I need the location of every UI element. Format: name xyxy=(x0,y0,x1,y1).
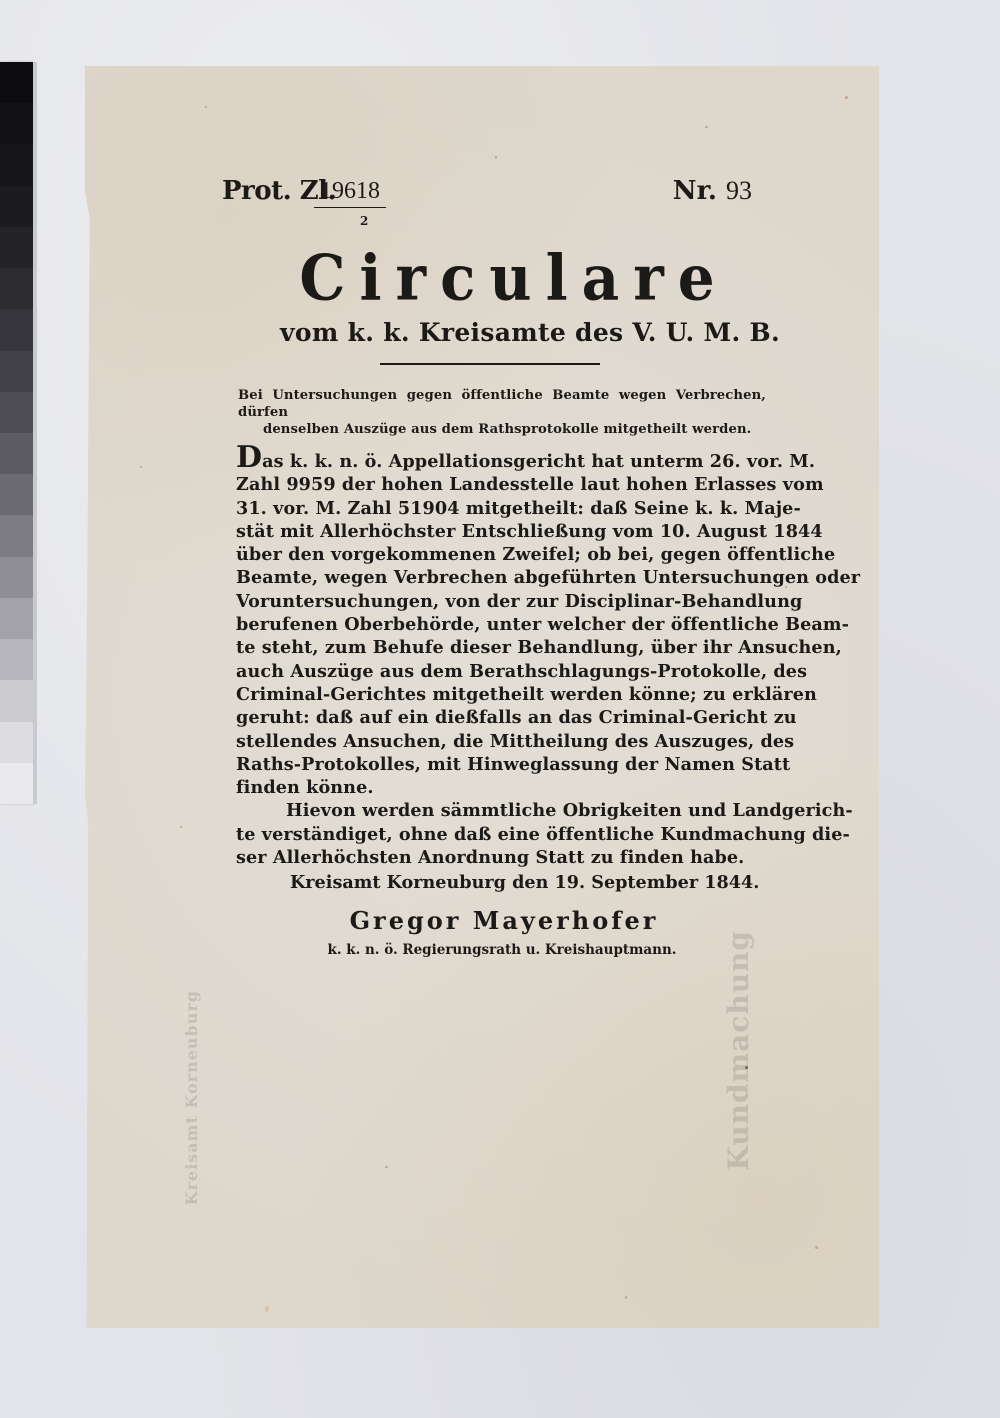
calibration-patch xyxy=(0,351,33,392)
calibration-patch xyxy=(0,144,33,185)
body-line: 31. vor. M. Zahl 51904 mitgetheilt: daß … xyxy=(236,497,764,520)
number-label: Nr. xyxy=(673,176,717,206)
calibration-patch xyxy=(0,433,33,474)
calibration-patch xyxy=(0,639,33,680)
title-divider xyxy=(380,363,600,365)
calibration-patch xyxy=(0,763,33,804)
body-line: Zahl 9959 der hohen Landesstelle laut ho… xyxy=(236,473,764,496)
place-and-date: Kreisamt Korneuburg den 19. September 18… xyxy=(290,872,759,893)
body-line: auch Auszüge aus dem Berathschlagungs-Pr… xyxy=(236,660,764,683)
calibration-patch xyxy=(0,680,33,721)
grayscale-calibration-strip xyxy=(0,62,33,804)
body-line: te steht, zum Behufe dieser Behandlung, … xyxy=(236,636,764,659)
body-line: stät mit Allerhöchster Entschließung vom… xyxy=(236,520,764,543)
body-line: über den vorgekommenen Zweifel; ob bei, … xyxy=(236,543,764,566)
body-line: Das k. k. n. ö. Appellationsgericht hat … xyxy=(236,448,764,473)
document-subtitle: vom k. k. Kreisamte des V. U. M. B. xyxy=(0,318,1000,347)
calibration-patch xyxy=(0,186,33,227)
summary-headnote: Bei Untersuchungen gegen öffentliche Bea… xyxy=(238,387,766,438)
circular-number: Nr. 93 xyxy=(673,176,752,206)
signatory-title: k. k. n. ö. Regierungsrath u. Kreishaupt… xyxy=(0,942,1000,958)
body-line: geruht: daß auf ein dießfalls an das Cri… xyxy=(236,706,764,729)
summary-line: Bei Untersuchungen gegen öffentliche Bea… xyxy=(238,387,766,421)
body-line: berufenen Oberbehörde, unter welcher der… xyxy=(236,613,764,636)
calibration-patch xyxy=(0,474,33,515)
number-value: 93 xyxy=(726,176,752,205)
calibration-patch xyxy=(0,515,33,556)
signatory-name: Gregor Mayerhofer xyxy=(0,906,1000,935)
calibration-patch xyxy=(0,598,33,639)
body-line: stellendes Ansuchen, die Mittheilung des… xyxy=(236,730,764,753)
body-line: Criminal-Gerichtes mitgetheilt werden kö… xyxy=(236,683,764,706)
protocol-number: 19618 xyxy=(314,178,386,208)
body-line: Voruntersuchungen, von der zur Disciplin… xyxy=(236,590,764,613)
body-line: Raths-Protokolles, mit Hinweglassung der… xyxy=(236,753,764,776)
calibration-patch xyxy=(0,103,33,144)
calibration-patch xyxy=(0,557,33,598)
document-title: Circulare xyxy=(0,241,1000,314)
bleed-through-text: Kundmachung xyxy=(722,930,755,1170)
calibration-patch xyxy=(0,62,33,103)
body-line: Hievon werden sämmtliche Obrigkeiten und… xyxy=(236,799,764,822)
body-text: Das k. k. n. ö. Appellationsgericht hat … xyxy=(236,448,764,869)
document-header: Prot. Zl. 19618 2 Nr. 93 xyxy=(222,176,752,236)
bleed-through-text: Kreisamt Korneuburg xyxy=(182,990,201,1205)
body-line: ser Allerhöchsten Anordnung Statt zu fin… xyxy=(236,846,764,869)
drop-cap: D xyxy=(236,440,262,475)
calibration-patch xyxy=(0,722,33,763)
body-line: Beamte, wegen Verbrechen abgeführten Unt… xyxy=(236,566,764,589)
body-line: finden könne. xyxy=(236,776,764,799)
calibration-patch xyxy=(0,392,33,433)
body-line: te verständiget, ohne daß eine öffentlic… xyxy=(236,823,764,846)
protocol-denominator: 2 xyxy=(360,214,368,228)
summary-line: denselben Auszüge aus dem Rathsprotokoll… xyxy=(238,421,766,438)
calibration-strip-mount xyxy=(33,62,37,804)
